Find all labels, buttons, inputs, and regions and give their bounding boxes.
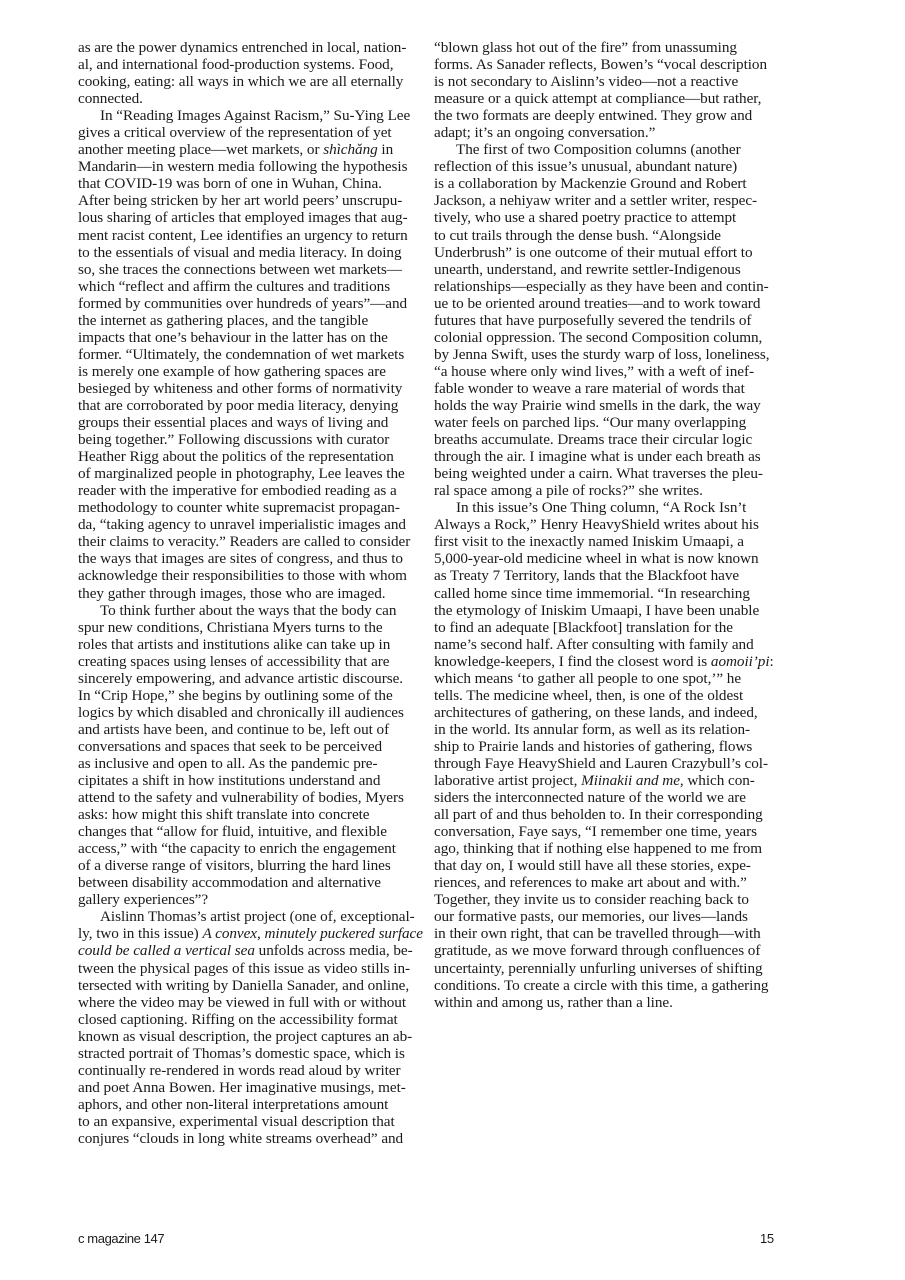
text-line: holds the way Prairie wind smells in the…: [434, 397, 779, 414]
italic-title: could be called a vertical sea: [78, 942, 255, 959]
text-line: conversations and spaces that seek to be…: [78, 738, 420, 755]
text-line: the internet as gathering places, and th…: [78, 312, 420, 329]
text-segment: the ways that images are sites of congre…: [78, 550, 403, 567]
text-segment: connected.: [78, 90, 143, 107]
text-line: Underbrush” is one outcome of their mutu…: [434, 244, 779, 261]
text-segment: conversations and spaces that seek to be…: [78, 738, 382, 755]
text-segment: water feels on parched lips. “Our many o…: [434, 414, 746, 431]
text-segment: Mandarin—in western media following the …: [78, 158, 407, 175]
text-segment: colonial oppression. The second Composit…: [434, 329, 762, 346]
text-segment: laborative artist project,: [434, 772, 581, 789]
text-line: first visit to the inexactly named Inisk…: [434, 533, 779, 550]
text-line: Together, they invite us to consider rea…: [434, 891, 779, 908]
text-segment: , which con-: [680, 772, 755, 789]
text-line: stracted portrait of Thomas’s domestic s…: [78, 1045, 420, 1062]
text-segment: In “Crip Hope,” she begins by outlining …: [78, 687, 393, 704]
text-segment: “a house where only wind lives,” with a …: [434, 363, 754, 380]
text-line: logics by which disabled and chronically…: [78, 704, 420, 721]
text-line: that COVID-19 was born of one in Wuhan, …: [78, 175, 420, 192]
text-line: as Treaty 7 Territory, lands that the Bl…: [434, 567, 779, 584]
text-segment: forms. As Sanader reflects, Bowen’s “voc…: [434, 56, 767, 73]
text-line: ago, thinking that if nothing else happe…: [434, 840, 779, 857]
text-line: known as visual description, the project…: [78, 1028, 420, 1045]
text-segment: da, “taking agency to unravel imperialis…: [78, 516, 406, 533]
text-segment: fable wonder to weave a rare material of…: [434, 380, 745, 397]
text-segment: called home since time immemorial. “In r…: [434, 585, 750, 602]
text-line: Jackson, a nehiyaw writer and a settler …: [434, 192, 779, 209]
text-line: they gather through images, those who ar…: [78, 585, 420, 602]
text-line: asks: how might this shift translate int…: [78, 806, 420, 823]
text-segment: the two formats are deeply entwined. The…: [434, 107, 752, 124]
text-line: their claims to veracity.” Readers are c…: [78, 533, 420, 550]
text-line: da, “taking agency to unravel imperialis…: [78, 516, 420, 533]
text-segment: continually re-rendered in words read al…: [78, 1062, 401, 1079]
text-segment: as Treaty 7 Territory, lands that the Bl…: [434, 567, 739, 584]
text-line: within and among us, rather than a line.: [434, 994, 779, 1011]
text-line: to an expansive, experimental visual des…: [78, 1113, 420, 1130]
text-line: name’s second half. After consulting wit…: [434, 636, 779, 653]
text-segment: Jackson, a nehiyaw writer and a settler …: [434, 192, 757, 209]
text-line: continually re-rendered in words read al…: [78, 1062, 420, 1079]
text-line: and artists have been, and continue to b…: [78, 721, 420, 738]
text-segment: which “reflect and affirm the cultures a…: [78, 278, 390, 295]
text-segment: Heather Rigg about the politics of the r…: [78, 448, 394, 465]
text-line: gratitude, as we move forward through co…: [434, 942, 779, 959]
text-line: is not secondary to Aislinn’s video—not …: [434, 73, 779, 90]
text-line: between disability accommodation and alt…: [78, 874, 420, 891]
text-segment: attend to the safety and vulnerability o…: [78, 789, 404, 806]
text-segment: of marginalized people in photography, L…: [78, 465, 405, 482]
text-segment: 5,000-year-old medicine wheel in what is…: [434, 550, 759, 567]
text-segment: by Jenna Swift, uses the sturdy warp of …: [434, 346, 769, 363]
text-segment: gallery experiences”?: [78, 891, 208, 908]
text-line: so, she traces the connections between w…: [78, 261, 420, 278]
text-line: as are the power dynamics entrenched in …: [78, 39, 420, 56]
text-line: In this issue’s One Thing column, “A Roc…: [434, 499, 779, 516]
text-line: architectures of gathering, on these lan…: [434, 704, 779, 721]
text-segment: and artists have been, and continue to b…: [78, 721, 389, 738]
text-segment: Together, they invite us to consider rea…: [434, 891, 749, 908]
text-segment: that are corroborated by poor media lite…: [78, 397, 398, 414]
text-segment: in the world. Its annular form, as well …: [434, 721, 750, 738]
text-segment: through Faye HeavyShield and Lauren Craz…: [434, 755, 768, 772]
text-line: of marginalized people in photography, L…: [78, 465, 420, 482]
text-segment: through the air. I imagine what is under…: [434, 448, 761, 465]
text-line: Mandarin—in western media following the …: [78, 158, 420, 175]
text-line: relationships—especially as they have be…: [434, 278, 779, 295]
text-segment: holds the way Prairie wind smells in the…: [434, 397, 761, 414]
text-segment: lous sharing of articles that employed i…: [78, 209, 408, 226]
text-line: laborative artist project, Miinakii and …: [434, 772, 779, 789]
text-line: knowledge-keepers, I find the closest wo…: [434, 653, 779, 670]
text-line: closed captioning. Riffing on the access…: [78, 1011, 420, 1028]
text-segment: tersected with writing by Daniella Sanad…: [78, 977, 409, 994]
text-segment: acknowledge their responsibilities to th…: [78, 567, 407, 584]
text-segment: that COVID-19 was born of one in Wuhan, …: [78, 175, 382, 192]
text-segment: cipitates a shift in how institutions un…: [78, 772, 380, 789]
text-line: where the video may be viewed in full wi…: [78, 994, 420, 1011]
text-line: measure or a quick attempt at compliance…: [434, 90, 779, 107]
text-line: methodology to counter white supremacist…: [78, 499, 420, 516]
text-line: could be called a vertical sea unfolds a…: [78, 942, 420, 959]
text-segment: is merely one example of how gathering s…: [78, 363, 386, 380]
text-segment: they gather through images, those who ar…: [78, 585, 386, 602]
text-segment: stracted portrait of Thomas’s domestic s…: [78, 1045, 405, 1062]
text-line: cipitates a shift in how institutions un…: [78, 772, 420, 789]
text-segment: within and among us, rather than a line.: [434, 994, 673, 1011]
text-line: ship to Prairie lands and histories of g…: [434, 738, 779, 755]
text-line: acknowledge their responsibilities to th…: [78, 567, 420, 584]
text-line: In “Reading Images Against Racism,” Su-Y…: [78, 107, 420, 124]
text-segment: spur new conditions, Christiana Myers tu…: [78, 619, 383, 636]
text-segment: riences, and references to make art abou…: [434, 874, 747, 891]
text-segment: al, and international food-production sy…: [78, 56, 393, 73]
text-segment: to the essentials of visual and media li…: [78, 244, 402, 261]
text-segment: knowledge-keepers, I find the closest wo…: [434, 653, 711, 670]
text-line: “a house where only wind lives,” with a …: [434, 363, 779, 380]
text-segment: architectures of gathering, on these lan…: [434, 704, 758, 721]
text-segment: conversation, Faye says, “I remember one…: [434, 823, 757, 840]
text-line: called home since time immemorial. “In r…: [434, 585, 779, 602]
text-segment: tween the physical pages of this issue a…: [78, 960, 410, 977]
text-segment: tively, who use a shared poetry practice…: [434, 209, 736, 226]
text-segment: measure or a quick attempt at compliance…: [434, 90, 761, 107]
text-line: sincerely empowering, and advance artist…: [78, 670, 420, 687]
text-segment: is not secondary to Aislinn’s video—not …: [434, 73, 738, 90]
text-line: the two formats are deeply entwined. The…: [434, 107, 779, 124]
text-segment: aphors, and other non-literal interpreta…: [78, 1096, 388, 1113]
text-segment: Aislinn Thomas’s artist project (one of,…: [100, 908, 415, 925]
text-segment: as are the power dynamics entrenched in …: [78, 39, 406, 56]
text-line: ment racist content, Lee identifies an u…: [78, 227, 420, 244]
text-segment: in their own right, that can be travelle…: [434, 925, 761, 942]
text-line: siders the interconnected nature of the …: [434, 789, 779, 806]
text-segment: so, she traces the connections between w…: [78, 261, 402, 278]
text-segment: gives a critical overview of the represe…: [78, 124, 392, 141]
text-segment: the internet as gathering places, and th…: [78, 312, 368, 329]
text-segment: known as visual description, the project…: [78, 1028, 412, 1045]
text-segment: our formative pasts, our memories, our l…: [434, 908, 748, 925]
text-line: Always a Rock,” Henry HeavyShield writes…: [434, 516, 779, 533]
text-segment: another meeting place—wet markets, or: [78, 141, 323, 158]
text-line: besieged by whiteness and other forms of…: [78, 380, 420, 397]
text-segment: being together.” Following discussions w…: [78, 431, 389, 448]
text-segment: ago, thinking that if nothing else happe…: [434, 840, 762, 857]
text-segment: being weighted under a cairn. What trave…: [434, 465, 763, 482]
text-segment: relationships—especially as they have be…: [434, 278, 769, 295]
text-segment: After being stricken by her art world pe…: [78, 192, 402, 209]
text-segment: In this issue’s One Thing column, “A Roc…: [456, 499, 746, 516]
text-line: fable wonder to weave a rare material of…: [434, 380, 779, 397]
text-line: to cut trails through the dense bush. “A…: [434, 227, 779, 244]
text-line: After being stricken by her art world pe…: [78, 192, 420, 209]
text-line: our formative pasts, our memories, our l…: [434, 908, 779, 925]
text-segment: logics by which disabled and chronically…: [78, 704, 404, 721]
text-segment: sincerely empowering, and advance artist…: [78, 670, 403, 687]
text-segment: methodology to counter white supremacist…: [78, 499, 400, 516]
text-line: ral space among a pile of rocks?” she wr…: [434, 482, 779, 499]
publication-footer: c magazine 147: [78, 1231, 164, 1246]
text-column-right: “blown glass hot out of the fire” from u…: [434, 39, 779, 1011]
text-line: adapt; it’s an ongoing conversation.”: [434, 124, 779, 141]
text-line: conjures “clouds in long white streams o…: [78, 1130, 420, 1147]
text-line: of a diverse range of visitors, blurring…: [78, 857, 420, 874]
text-line: attend to the safety and vulnerability o…: [78, 789, 420, 806]
italic-title: shìchǎng: [323, 141, 377, 158]
text-segment: between disability accommodation and alt…: [78, 874, 381, 891]
text-segment: uncertainty, perennially unfurling unive…: [434, 960, 763, 977]
text-segment: name’s second half. After consulting wit…: [434, 636, 754, 653]
text-segment: access,” with “the capacity to enrich th…: [78, 840, 396, 857]
text-segment: to cut trails through the dense bush. “A…: [434, 227, 721, 244]
text-line: in the world. Its annular form, as well …: [434, 721, 779, 738]
text-segment: :: [770, 653, 774, 670]
text-line: breaths accumulate. Dreams trace their c…: [434, 431, 779, 448]
text-line: aphors, and other non-literal interpreta…: [78, 1096, 420, 1113]
text-line: ue to be oriented around treaties—and to…: [434, 295, 779, 312]
text-line: tween the physical pages of this issue a…: [78, 960, 420, 977]
text-segment: ment racist content, Lee identifies an u…: [78, 227, 408, 244]
text-line: The first of two Composition columns (an…: [434, 141, 779, 158]
text-line: being weighted under a cairn. What trave…: [434, 465, 779, 482]
text-segment: the etymology of Iniskim Umaapi, I have …: [434, 602, 759, 619]
text-segment: conditions. To create a circle with this…: [434, 977, 768, 994]
text-segment: In “Reading Images Against Racism,” Su-Y…: [100, 107, 410, 124]
text-line: gallery experiences”?: [78, 891, 420, 908]
text-line: formed by communities over hundreds of y…: [78, 295, 420, 312]
text-line: by Jenna Swift, uses the sturdy warp of …: [434, 346, 779, 363]
text-segment: reader with the imperative for embodied …: [78, 482, 397, 499]
text-segment: unearth, understand, and rewrite settler…: [434, 261, 741, 278]
text-segment: where the video may be viewed in full wi…: [78, 994, 406, 1011]
text-segment: is a collaboration by Mackenzie Ground a…: [434, 175, 747, 192]
text-column-left: as are the power dynamics entrenched in …: [78, 39, 420, 1147]
italic-title: aomoii’pi: [711, 653, 770, 670]
text-line: 5,000-year-old medicine wheel in what is…: [434, 550, 779, 567]
italic-title: Miinakii and me: [581, 772, 680, 789]
text-line: To think further about the ways that the…: [78, 602, 420, 619]
text-line: connected.: [78, 90, 420, 107]
text-segment: siders the interconnected nature of the …: [434, 789, 746, 806]
text-segment: gratitude, as we move forward through co…: [434, 942, 760, 959]
text-line: Aislinn Thomas’s artist project (one of,…: [78, 908, 420, 925]
text-segment: of a diverse range of visitors, blurring…: [78, 857, 391, 874]
text-segment: cooking, eating: all ways in which we ar…: [78, 73, 403, 90]
text-line: tersected with writing by Daniella Sanad…: [78, 977, 420, 994]
text-segment: The first of two Composition columns (an…: [456, 141, 741, 158]
text-line: roles that artists and institutions alik…: [78, 636, 420, 653]
text-segment: “blown glass hot out of the fire” from u…: [434, 39, 737, 56]
text-line: another meeting place—wet markets, or sh…: [78, 141, 420, 158]
text-line: reflection of this issue’s unusual, abun…: [434, 158, 779, 175]
text-line: through the air. I imagine what is under…: [434, 448, 779, 465]
text-segment: to an expansive, experimental visual des…: [78, 1113, 395, 1130]
text-line: gives a critical overview of the represe…: [78, 124, 420, 141]
text-line: riences, and references to make art abou…: [434, 874, 779, 891]
text-segment: impacts that one’s behaviour in the latt…: [78, 329, 388, 346]
text-segment: adapt; it’s an ongoing conversation.”: [434, 124, 655, 141]
text-segment: former. “Ultimately, the condemnation of…: [78, 346, 404, 363]
text-line: tively, who use a shared poetry practice…: [434, 209, 779, 226]
text-segment: creating spaces using lenses of accessib…: [78, 653, 390, 670]
text-line: In “Crip Hope,” she begins by outlining …: [78, 687, 420, 704]
text-line: that day on, I would still have all thes…: [434, 857, 779, 874]
text-line: uncertainty, perennially unfurling unive…: [434, 960, 779, 977]
text-segment: asks: how might this shift translate int…: [78, 806, 370, 823]
text-segment: besieged by whiteness and other forms of…: [78, 380, 402, 397]
text-line: creating spaces using lenses of accessib…: [78, 653, 420, 670]
text-line: al, and international food-production sy…: [78, 56, 420, 73]
text-segment: as inclusive and open to all. As the pan…: [78, 755, 377, 772]
text-line: changes that “allow for fluid, intuitive…: [78, 823, 420, 840]
text-segment: ue to be oriented around treaties—and to…: [434, 295, 760, 312]
text-line: ly, two in this issue) A convex, minutel…: [78, 925, 420, 942]
text-segment: tells. The medicine wheel, then, is one …: [434, 687, 743, 704]
page-number: 15: [760, 1231, 774, 1246]
text-segment: first visit to the inexactly named Inisk…: [434, 533, 744, 550]
text-line: unearth, understand, and rewrite settler…: [434, 261, 779, 278]
text-line: is a collaboration by Mackenzie Ground a…: [434, 175, 779, 192]
text-line: being together.” Following discussions w…: [78, 431, 420, 448]
text-segment: their claims to veracity.” Readers are c…: [78, 533, 410, 550]
text-line: in their own right, that can be travelle…: [434, 925, 779, 942]
text-segment: in: [378, 141, 393, 158]
text-segment: changes that “allow for fluid, intuitive…: [78, 823, 387, 840]
text-line: water feels on parched lips. “Our many o…: [434, 414, 779, 431]
text-segment: ly, two in this issue): [78, 925, 202, 942]
text-segment: To think further about the ways that the…: [100, 602, 396, 619]
text-line: as inclusive and open to all. As the pan…: [78, 755, 420, 772]
text-segment: to find an adequate [Blackfoot] translat…: [434, 619, 733, 636]
text-segment: which means ‘to gather all people to one…: [434, 670, 741, 687]
magazine-page: as are the power dynamics entrenched in …: [0, 0, 905, 1280]
text-segment: Underbrush” is one outcome of their mutu…: [434, 244, 753, 261]
text-line: which means ‘to gather all people to one…: [434, 670, 779, 687]
text-line: is merely one example of how gathering s…: [78, 363, 420, 380]
text-segment: reflection of this issue’s unusual, abun…: [434, 158, 737, 175]
text-segment: ral space among a pile of rocks?” she wr…: [434, 482, 703, 499]
text-line: futures that have purposefully severed t…: [434, 312, 779, 329]
text-line: Heather Rigg about the politics of the r…: [78, 448, 420, 465]
text-segment: closed captioning. Riffing on the access…: [78, 1011, 398, 1028]
text-line: the etymology of Iniskim Umaapi, I have …: [434, 602, 779, 619]
text-segment: groups their essential places and ways o…: [78, 414, 388, 431]
text-segment: and poet Anna Bowen. Her imaginative mus…: [78, 1079, 406, 1096]
text-segment: futures that have purposefully severed t…: [434, 312, 751, 329]
text-line: to find an adequate [Blackfoot] translat…: [434, 619, 779, 636]
text-segment: that day on, I would still have all thes…: [434, 857, 751, 874]
italic-title: A convex, minutely puckered surface: [202, 925, 423, 942]
text-line: colonial oppression. The second Composit…: [434, 329, 779, 346]
text-line: and poet Anna Bowen. Her imaginative mus…: [78, 1079, 420, 1096]
text-line: access,” with “the capacity to enrich th…: [78, 840, 420, 857]
text-segment: all part of and thus beholden to. In the…: [434, 806, 763, 823]
text-line: lous sharing of articles that employed i…: [78, 209, 420, 226]
text-line: that are corroborated by poor media lite…: [78, 397, 420, 414]
text-line: spur new conditions, Christiana Myers tu…: [78, 619, 420, 636]
text-segment: formed by communities over hundreds of y…: [78, 295, 407, 312]
text-segment: Always a Rock,” Henry HeavyShield writes…: [434, 516, 759, 533]
text-line: the ways that images are sites of congre…: [78, 550, 420, 567]
text-line: forms. As Sanader reflects, Bowen’s “voc…: [434, 56, 779, 73]
text-line: all part of and thus beholden to. In the…: [434, 806, 779, 823]
text-line: to the essentials of visual and media li…: [78, 244, 420, 261]
text-line: conversation, Faye says, “I remember one…: [434, 823, 779, 840]
text-segment: breaths accumulate. Dreams trace their c…: [434, 431, 752, 448]
text-line: through Faye HeavyShield and Lauren Craz…: [434, 755, 779, 772]
text-line: conditions. To create a circle with this…: [434, 977, 779, 994]
text-line: impacts that one’s behaviour in the latt…: [78, 329, 420, 346]
text-segment: roles that artists and institutions alik…: [78, 636, 390, 653]
text-line: cooking, eating: all ways in which we ar…: [78, 73, 420, 90]
text-line: “blown glass hot out of the fire” from u…: [434, 39, 779, 56]
text-segment: conjures “clouds in long white streams o…: [78, 1130, 403, 1147]
text-segment: unfolds across media, be-: [255, 942, 413, 959]
text-segment: ship to Prairie lands and histories of g…: [434, 738, 752, 755]
text-line: tells. The medicine wheel, then, is one …: [434, 687, 779, 704]
text-line: former. “Ultimately, the condemnation of…: [78, 346, 420, 363]
text-line: which “reflect and affirm the cultures a…: [78, 278, 420, 295]
text-line: groups their essential places and ways o…: [78, 414, 420, 431]
text-line: reader with the imperative for embodied …: [78, 482, 420, 499]
